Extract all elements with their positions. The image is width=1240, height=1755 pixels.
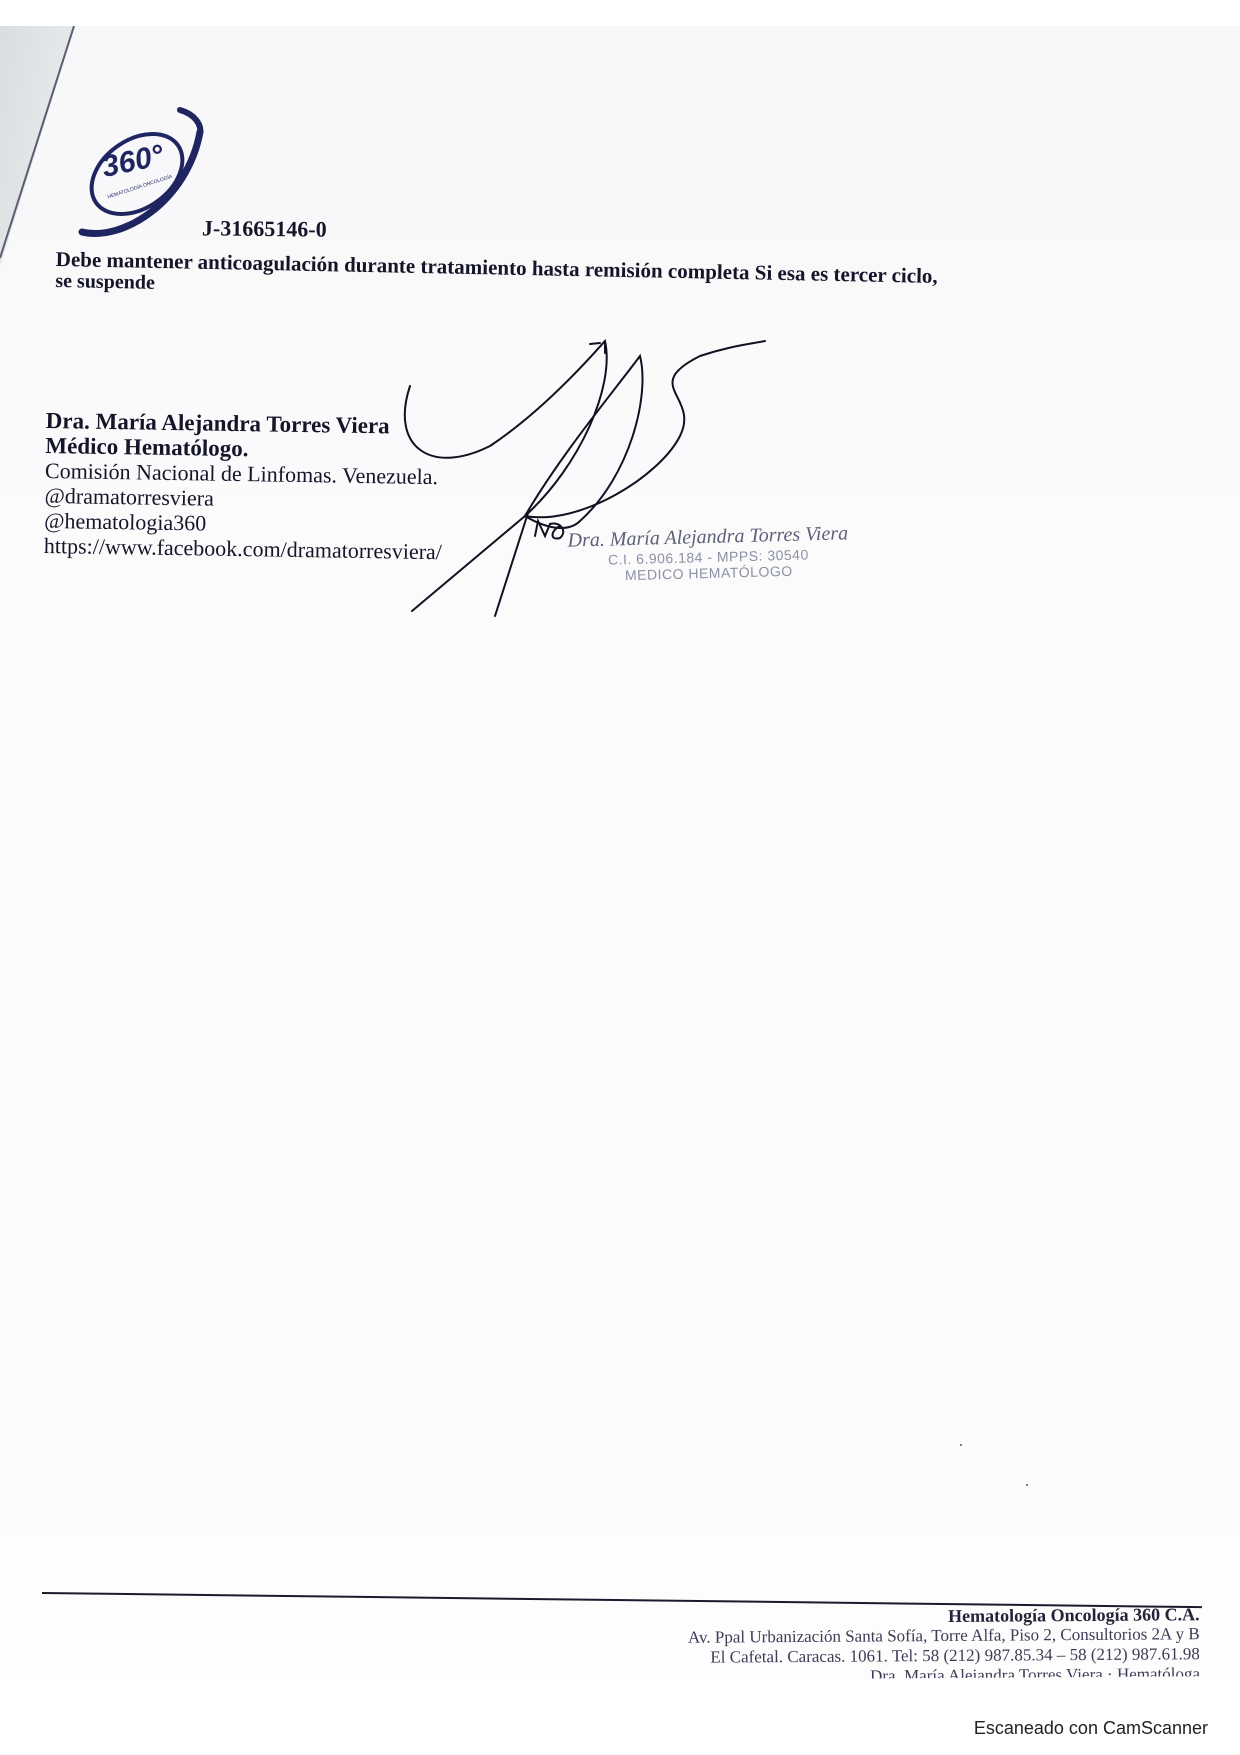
scanned-page: 360° HEMATOLOGÍA ONCOLOGÍA J-31665146-0 … <box>0 26 1240 1680</box>
handwritten-signature <box>400 326 780 696</box>
doctor-stamp: Dra. María Alejandra Torres Viera C.I. 6… <box>567 522 849 584</box>
rif-number: J-31665146-0 <box>202 215 327 242</box>
logo-360-icon: 360° HEMATOLOGÍA ONCOLOGÍA <box>62 92 212 252</box>
signer-block: Dra. María Alejandra Torres Viera Médico… <box>44 408 444 564</box>
svg-text:360°: 360° <box>99 139 168 184</box>
speck <box>960 1444 962 1446</box>
clinical-note: Debe mantener anticoagulación durante tr… <box>55 248 1196 314</box>
speck <box>1026 1484 1028 1486</box>
camscanner-watermark: Escaneado con CamScanner <box>974 1718 1208 1739</box>
letterhead-footer: Hematología Oncología 360 C.A. Av. Ppal … <box>688 1604 1200 1680</box>
signer-facebook: https://www.facebook.com/dramatorresvier… <box>44 533 442 564</box>
